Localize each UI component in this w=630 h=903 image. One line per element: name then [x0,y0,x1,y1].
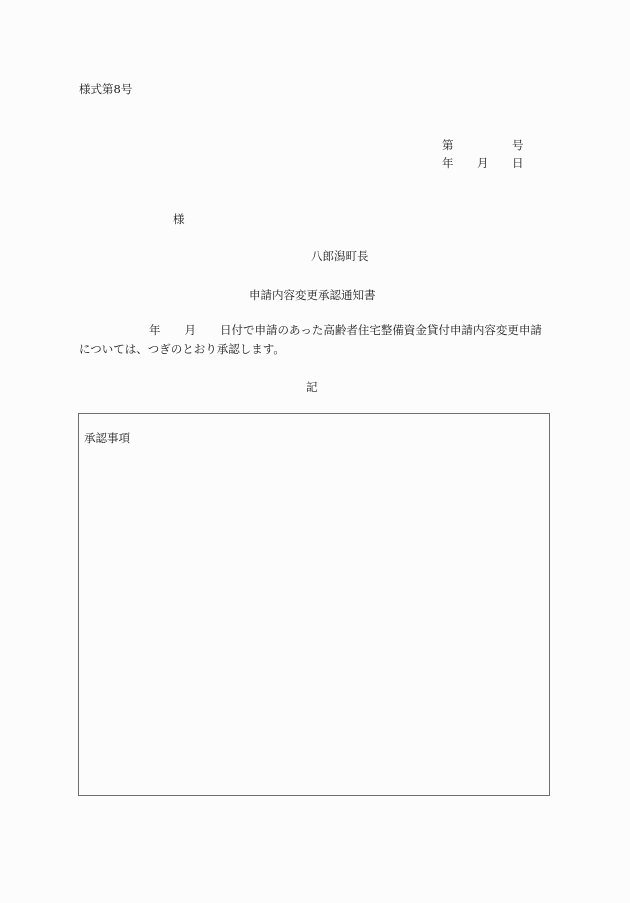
body-text-rest: 日付で申請のあった高齢者住宅整備資金貸付申請内容変更申請 [220,323,542,337]
addressee-suffix: 様 [173,212,185,226]
body-text-line-2: については、つぎのとおり承認します。 [79,342,285,356]
body-date-year: 年 [149,323,161,337]
note-heading: 記 [306,380,318,394]
approval-items-label: 承認事項 [84,431,130,445]
issue-date-month-label: 月 [477,156,489,170]
reference-number-suffix: 号 [512,138,524,152]
reference-number-prefix: 第 [442,138,454,152]
approval-items-box: 承認事項 [78,413,550,796]
document-title: 申請内容変更承認通知書 [249,288,376,302]
issuer-name: 八郎潟町長 [311,249,369,263]
issue-date-day-label: 日 [512,156,524,170]
form-number: 様式第8号 [79,82,132,96]
issue-date-year-label: 年 [442,156,454,170]
body-date-month: 月 [185,323,197,337]
body-text-line-1: 年月日付で申請のあった高齢者住宅整備資金貸付申請内容変更申請 [79,323,542,337]
